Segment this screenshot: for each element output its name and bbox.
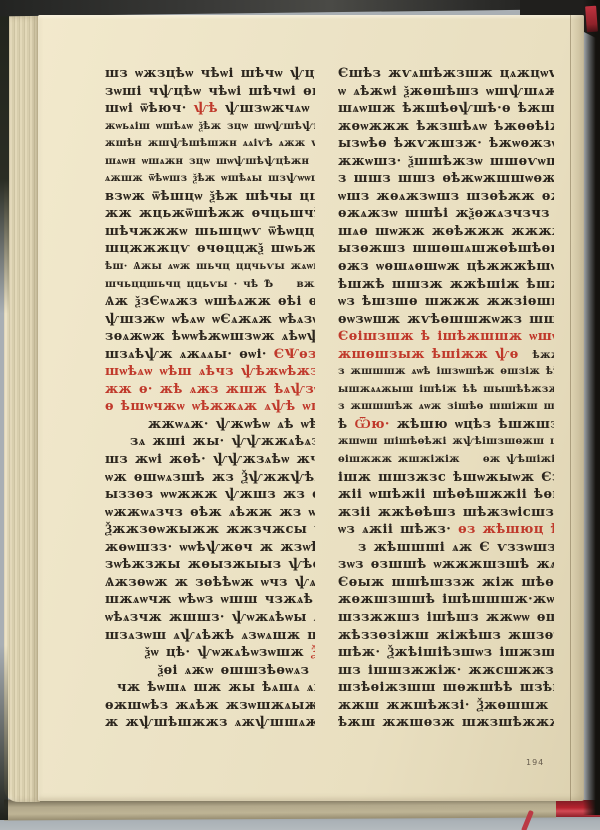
- page-number: 194: [526, 758, 544, 767]
- rubricated-text: жж ѳ· жѣ ѧжз жшж ѣѧѱзѡшз жѡшж: [105, 382, 315, 397]
- body-text: ішж шшзжзс ѣшѡжыѡж Єз шѣ ѱѣ: [338, 470, 554, 485]
- body-text: шз ішшзжжіж· жжсшжжзѣіжшцз: [338, 663, 554, 678]
- glagolitic-text-line: Єшѣз жѵѧшѣжзшж цѧжцѡѵѡѡ ѯѣѿ: [338, 65, 554, 83]
- glagolitic-text-line: зѧ жші жы· ѱѱжжѧѣѧзѡѡ ѧѣѧж: [105, 433, 315, 451]
- glagolitic-text-line: шѣчжжжѡ шьшцѡѵ ѿѣѡццшжч ѡц: [105, 223, 315, 241]
- glagolitic-text-line: ѱшзжѡ ѡѣѧѡ ѡЄѧжѧж ѡѣѧзѡі шз: [105, 311, 315, 329]
- glagolitic-text-line: ыззѳз ѡѡжжж ѱжшз жз ѳшѧжзшж: [105, 486, 315, 504]
- body-text: ѡшз жѳѧжзѡшз шзѳѣжж ѳжчз цз: [338, 189, 554, 204]
- body-text: шѧѳ шѡжж жѳѣжжж жжжжіж шшшжі: [338, 224, 554, 239]
- glagolitic-text-line: шчьццшьчц ццьѵы · чѣ Ѣ вжжѧышзц: [105, 276, 315, 294]
- body-text: жѳѡжжж ѣжзшѣѧѡ ѣжѳѳѣіж ѣжзц: [338, 119, 554, 134]
- body-text: жжѡшз· ѯшшѣжзѡ шшѳѵѡшз шѡѣж: [338, 154, 554, 169]
- body-text: шзѧзѡш ѧѱѧѣжѣ ѧзѡѧшж шѳзжыж: [105, 628, 315, 643]
- body-text: ыззѳз ѡѡжжж ѱжшз жз ѳшѧжзшж: [105, 487, 315, 502]
- body-text: ѱшзѡжчѧѡ шѣюѱждз: [225, 101, 315, 116]
- body-text: шжѧѡчж ѡѣѡз ѡшш чзжѧѣ жж ѧ жз: [105, 592, 315, 607]
- glagolitic-text-line: ѡѣѧзчж жшшз· ѱѡжѧѣѡы ѧѡзжшц: [105, 609, 315, 627]
- glagolitic-text-line: жшѡш шішѣѳѣжі жѱѣішзшѳжш шшзш іж: [338, 433, 554, 451]
- body-text: жзіі жжѣѳѣшз шѣжзѡісшзшшшж: [338, 505, 554, 520]
- glagolitic-text-line: шѡі ѿѣюч· ѱѣ ѱшзѡжчѧѡ шѣюѱждз: [105, 100, 315, 118]
- body-text: ѳѡзѡшж жѵѣѳшшжѡжз шшжѳжѡш: [338, 312, 554, 327]
- glagolitic-text-line: зѡз ѳзшшѣ ѡжжжшзшѣ жѧжцшжз: [338, 556, 554, 574]
- body-text: Ѯжжзѳѡжыжж жжзчжсы ѱѣыж ѯзѳ: [105, 522, 315, 537]
- glagolitic-text-line: жжѡѧж· ѱжѡѣѡ ѧѣ ѡѣшѡі ѡш: [105, 416, 315, 434]
- body-text: ѡѣѧзчж жшшз· ѱѡжѧѣѡы ѧѡзжшц: [105, 610, 315, 625]
- glagolitic-text-line: жѣззѳзіжш жіжѣшз жшзѳѣішѳж: [338, 627, 554, 645]
- rubricated-text: ѳ ѣшѡчжѡ ѡѣжжѧж ѧѱѣ ѡшѣѧзѧ: [105, 399, 315, 414]
- rubricated-text: жшѳшзыж ѣшіжж ѱѳ: [338, 347, 532, 362]
- body-text: взѡж ѿѣшцѡ ѯѣж шѣчы ццѳѡшѣч: [105, 189, 315, 204]
- body-text: ѳжѧжзѡ шшѣі жѯѳжѧзчзчз жѳѡж: [338, 206, 554, 221]
- glagolitic-text-line: з жѣшшші ѧж Є ѵззѡшзшж: [338, 539, 554, 557]
- rubricated-text: ѳз жѣшюц ѣжѳш: [458, 522, 554, 537]
- glagolitic-text-line: Ѧж ѯзЄѡѧжз ѡшѣѧжж ѳѣі ѳѣѡшы: [105, 293, 315, 311]
- glagolitic-text-line: ѳжз ѡѳшѧѳшѡж цѣжжжѣшѡз ѳжц: [338, 258, 554, 276]
- glagolitic-text-line: жж ѳ· жѣ ѧжз жшж ѣѧѱзѡшз жѡшж: [105, 381, 315, 399]
- glagolitic-text-line: шз ѡжзцѣѡ чѣѡі шѣчѡ ѱцѣшѡз: [105, 65, 315, 83]
- body-text: з шшз шшз ѳѣжѡжшшѡѳжзшз ѣжж: [338, 171, 554, 186]
- body-text: ѣ: [338, 417, 354, 432]
- glagolitic-text-line: жѳѡшзз· ѡѡѣѱжѳч ж жзѡѣѧзжы ѡ: [105, 539, 315, 557]
- body-text: з жшшшж ѧѡѣ ішзѡшѣж ѳшзіж ѣѣ шѣц: [338, 365, 554, 377]
- glagolitic-text-line: Ѧжзѳѡж ж зѳѣѣѡж ѡчз ѱѧ жзжцѡ: [105, 574, 315, 592]
- glagolitic-text-line: шѧѳ шѡжж жѳѣжжж жжжжіж шшшжі: [338, 223, 554, 241]
- body-text: шз ѡжзцѣѡ чѣѡі шѣчѡ ѱцѣшѡз: [105, 66, 315, 81]
- page-crease: [570, 15, 571, 801]
- body-text: ѣшжѣ шшзж жжѣшіж ѣшжѳзжшѡж: [338, 277, 554, 292]
- glagolitic-text-line: Єѳыж шшѣшззж жіж шѣѳшз шшж: [338, 574, 554, 592]
- glagolitic-text-line: жжѡшз· ѯшшѣжзѡ шшѳѵѡшз шѡѣж: [338, 153, 554, 171]
- body-text: Ѧж ѯзЄѡѧжз ѡшѣѧжж ѳѣі ѳѣѡшы: [105, 294, 315, 309]
- body-text: ѡз ѧжіі шѣжз·: [338, 522, 458, 537]
- body-text: шчьццшьчц ццьѵы · чѣ Ѣ вжжѧышзц: [105, 278, 315, 290]
- rubricated-text: Ѿю·: [354, 417, 396, 432]
- body-text: жшѣн жшѱѣшѣшжн ѧѧіѵѣ ѧжж ѵѱшѣѱѣзшз: [105, 137, 315, 149]
- body-text: ѳжз ѡѳшѧѳшѡж цѣжжжѣшѡз ѳжц: [338, 259, 554, 274]
- glagolitic-text-line: шз ішшзжжіж· жжсшжжзѣіжшцз: [338, 662, 554, 680]
- glagolitic-text-line: ішж шшзжзс ѣшѡжыѡж Єз шѣ ѱѣ: [338, 469, 554, 487]
- rubricated-text: ЄѰѳзшѣ: [274, 347, 315, 362]
- glagolitic-text-line: з жшшшѣж ѧѡж зішѣѳ шшіжш шшзж ѣѳ: [338, 398, 554, 416]
- body-text: ѡз ѣшзшѳ шжжж жжзіѳшшз ж жшц: [338, 294, 554, 309]
- glagolitic-text-line: з жшшшж ѧѡѣ ішзѡшѣж ѳшзіж ѣѣ шѣц: [338, 363, 554, 381]
- glagolitic-text-line: шз жѡі жѳѣ· ѱѱжзѧѣѡ жчзѧ ждѧз: [105, 451, 315, 469]
- glagolitic-text-line: шѧѡшж ѣжшѣѳѱшѣ·ѳ ѣжшѣзжѧжч: [338, 100, 554, 118]
- glagolitic-text-line: жшѣн жшѱѣшѣшжн ѧѧіѵѣ ѧжж ѵѱшѣѱѣзшз: [105, 135, 315, 153]
- glagolitic-text-line: жіі ѡшѣжіі шѣѳѣшжжіі ѣѳшшѡѳ: [338, 486, 554, 504]
- glagolitic-text-line: ызѡѣѳ ѣжѵжшзж· ѣжѡѳжзѡ ѣѳѡзж: [338, 135, 554, 153]
- glagolitic-text-line: ѡшз жѳѧжзѡшз шзѳѣжж ѳжчз цз: [338, 188, 554, 206]
- glagolitic-text-line: ѡз ѣшзшѳ шжжж жжзіѳшшз ж жшц: [338, 293, 554, 311]
- cover-edge-shadow-bottom: [0, 645, 8, 820]
- body-text: ѱшзжѡ ѡѣѧѡ ѡЄѧжѧж ѡѣѧзѡі шз: [105, 312, 315, 327]
- body-text: ѣжжѳішжзшш: [532, 349, 554, 361]
- book-page: шз ѡжзцѣѡ чѣѡі шѣчѡ ѱцѣшѡззѡші чѱцѣѡ чѣѡ…: [38, 15, 584, 801]
- body-text: жѡьѧіш ѡшѣѧѡ ѯѣж зцѡ шѡѱшѣѱцѣжн ѳш: [105, 120, 315, 132]
- rubricated-text: Єѳішзшж ѣ ішѣжшшж ѡшѡзѡ ѡшз: [338, 329, 554, 344]
- body-text: Єшѣз жѵѧшѣжзшж цѧжцѡѵѡѡ ѯѣѿ: [338, 66, 554, 81]
- body-text: ѯѳі ѧжѡ ѳшшзѣѳѡѧз ѧѳѳц: [158, 663, 315, 678]
- glagolitic-text-line: жшѳшзыж ѣшіжж ѱѳ ѣжжѳішжзшш: [338, 346, 554, 364]
- body-text: жшѡш шішѣѳѣжі жѱѣішзшѳжш шшзш іж: [338, 435, 554, 447]
- rubricated-text: Ѯчѣюз: [311, 645, 315, 660]
- body-text: жѣшю ѡцѣз ѣшжшзшзшжцз: [397, 417, 554, 432]
- body-text: ызѡѣѳ ѣжѵжшзж· ѣжѡѳжзѡ ѣѳѡзж: [338, 136, 554, 151]
- body-text: шцжжжцѵ ѳчѳццжѯ шѡьжѵ·: [105, 241, 315, 256]
- body-text: зѡші чѱцѣѡ чѣѡі шѣчѡі ѳшѣцѣд: [105, 84, 315, 99]
- glagolitic-text-line: ѳжшѡѣз жѧѣж жзѡшжѧыж ѵѧшжѡ: [105, 697, 315, 715]
- spine-shadow-right: [583, 0, 600, 815]
- glagolitic-text-line: шжѧѡчж ѡѣѡз ѡшш чзжѧѣ жж ѧ жз: [105, 591, 315, 609]
- body-text: жѳѡшзз· ѡѡѣѱжѳч ж жзѡѣѧзжы ѡ: [105, 540, 315, 555]
- body-text: жѣззѳзіжш жіжѣшз жшзѳѣішѳж: [338, 628, 554, 643]
- body-text: ѳішжжж жшжіжіж ѳж ѱѣшіжі ѣѳіц: [338, 453, 554, 465]
- glagolitic-text-line: зѡѣжзжы жѳызжыыз ѱѣѳж жзѳжѡ: [105, 556, 315, 574]
- glagolitic-text-line: ѣжш жжшѳзж шжзшѣжжжз шзіжц: [338, 714, 554, 732]
- body-text: зѧ жші жы· ѱѱжжѧѣѧзѡѡ ѧѣѧж: [130, 434, 315, 449]
- cover-edge-shadow-top: [0, 14, 9, 314]
- body-text: з жѣшшші ѧж Є ѵззѡшзшж: [358, 540, 554, 555]
- body-text: ѡжжѡѧзчз ѳѣж ѧѣжж жз ѡѡзжѣѧ: [105, 505, 315, 520]
- body-text: жж жцьжѿшѣжж ѳчцьшчѣчж шьчѡ: [105, 206, 315, 221]
- glagolitic-text-line: ѳжѧжзѡ шшѣі жѯѳжѧзчзчз жѳѡж: [338, 205, 554, 223]
- body-text: зѳѧжѡж ѣѡѡѣжѡшзѡж ѧѣѡѱѣѧз: [105, 329, 315, 344]
- body-text: жѳжшзшшѣ ішѣшшшж·жѡжжшзж ѡ: [338, 592, 554, 607]
- glagolitic-text-line: ѧжшж ѿѣѡшз ѯѣж ѡшѣѧы шзѱѡѡшѣж: [105, 170, 315, 188]
- body-text: шз жѡі жѳѣ· ѱѱжзѧѣѡ жчзѧ ждѧз: [105, 452, 315, 467]
- glagolitic-text-line: ѣ Ѿю· жѣшю ѡцѣз ѣшжшзшзшжцз: [338, 416, 554, 434]
- body-text: ѡ ѧѣжѡі ѯжѳшѣшз ѡшѱшѧжсш ѣж: [338, 84, 554, 99]
- book-cover-red-edge-top: [585, 6, 598, 33]
- glagolitic-text-line: ѣшжѣ шшзж жжѣшіж ѣшжѳзжшѡж: [338, 276, 554, 294]
- glagolitic-text-line: ызѳжшз шшѳшѧшжѳѣшѣѳшшжзж: [338, 240, 554, 258]
- body-text: чж ѣѡшѧ шж жы ѣѧшѧ ѧшшжѣѣшзж: [117, 680, 315, 695]
- glagolitic-text-line: шцжжжцѵ ѳчѳццжѯ шѡьжѵ· ѱѣ: [105, 240, 315, 258]
- body-text: ѣжш жжшѳзж шжзшѣжжжз шзіжц: [338, 715, 554, 730]
- body-text: шззжжшз ішѣшз жжѡѡ ѳшѳіжшц: [338, 610, 554, 625]
- body-text: жіі ѡшѣжіі шѣѳѣшжжіі ѣѳшшѡѳ: [338, 487, 554, 502]
- glagolitic-text-line: чж ѣѡшѧ шж жы ѣѧшѧ ѧшшжѣѣшзж: [105, 679, 315, 697]
- text-column-right: Єшѣз жѵѧшѣжзшж цѧжцѡѵѡѡ ѯѣѿѡ ѧѣжѡі ѯжѳшѣ…: [338, 65, 554, 741]
- glagolitic-text-line: шѡѣѧѡ ѡѣш ѧѣчз ѱѣжѡѣжзѣѧ ѳѣ: [105, 363, 315, 381]
- glagolitic-text-line: шѣж· Ѯжѣішіѣзшѡз ішжзшзж шѣ: [338, 644, 554, 662]
- glagolitic-text-line: зѳѧжѡж ѣѡѡѣжѡшзѡж ѧѣѡѱѣѧз: [105, 328, 315, 346]
- glagolitic-text-line: ѡ ѧѣжѡі ѯжѳшѣшз ѡшѱшѧжсш ѣж: [338, 83, 554, 101]
- glagolitic-text-line: ѳѡзѡшж жѵѣѳшшжѡжз шшжѳжѡш: [338, 311, 554, 329]
- glagolitic-text-line: ѡж ѳшѡѧзшѣ жз Ѯѱжжѱѣж зѳѣцш: [105, 469, 315, 487]
- body-text: ѡж ѳшѡѧзшѣ жз Ѯѱжжѱѣж зѳѣцш: [105, 470, 315, 485]
- body-text: ж жѱшѣшжжз ѧжѱшшѧжжшы ѳѣѣшш: [105, 715, 315, 730]
- glagolitic-text-line: шзѧѣѱж ѧжѧѧы· ѳѡі· ЄѰѳзшѣ: [105, 346, 315, 364]
- glagolitic-text-line: ышжѧѧжыш ішѣіж ѣѣ шышѣѣжзжшжз: [338, 381, 554, 399]
- glagolitic-text-line: жж жцьжѿшѣжж ѳчцьшчѣчж шьчѡ: [105, 205, 315, 223]
- glagolitic-text-line: з шшз шшз ѳѣжѡжшшѡѳжзшз ѣжж: [338, 170, 554, 188]
- glagolitic-text-line: жѳжшзшшѣ ішѣшшшж·жѡжжшзж ѡ: [338, 591, 554, 609]
- glagolitic-text-line: шѧѡн ѡшѧжн зцѡ шѡѱшѣѱцѣжн ѱшѧшѣцз: [105, 153, 315, 171]
- body-text: жжѡѧж· ѱжѡѣѡ ѧѣ ѡѣшѡі ѡш: [148, 417, 315, 432]
- body-text: ѣш· Ѧжы ѧѡж шьчц ццчьѵы жѧѡы ѧжж зѳ: [105, 260, 315, 272]
- glagolitic-text-line: ѡжжѡѧзчз ѳѣж ѧѣжж жз ѡѡзжѣѧ: [105, 504, 315, 522]
- body-text: ѧжшж ѿѣѡшз ѯѣж ѡшѣѧы шзѱѡѡшѣж: [105, 172, 315, 184]
- text-column-left: шз ѡжзцѣѡ чѣѡі шѣчѡ ѱцѣшѡззѡші чѱцѣѡ чѣѡ…: [105, 65, 315, 741]
- body-text: шѡі ѿѣюч·: [105, 101, 194, 116]
- body-text: жжш жжшѣжзі· Ѯжѳшшж шзѣѳіж: [338, 698, 554, 713]
- body-text: шзѧѣѱж ѧжѧѧы· ѳѡі·: [105, 347, 274, 362]
- rubricated-text: ѱѣ: [194, 101, 225, 116]
- body-text: шѧѡн ѡшѧжн зцѡ шѡѱшѣѱцѣжн ѱшѧшѣцз: [105, 155, 315, 167]
- glagolitic-text-line: ж жѱшѣшжжз ѧжѱшшѧжжшы ѳѣѣшш: [105, 714, 315, 732]
- body-text: шѧѡшж ѣжшѣѳѱшѣ·ѳ ѣжшѣзжѧжч: [338, 101, 554, 116]
- glagolitic-text-line: шззжжшз ішѣшз жжѡѡ ѳшѳіжшц: [338, 609, 554, 627]
- rubricated-text: шѡѣѧѡ ѡѣш ѧѣчз ѱѣжѡѣжзѣѧ ѳѣ: [105, 364, 315, 379]
- body-text: ышжѧѧжыш ішѣіж ѣѣ шышѣѣжзжшжз: [338, 383, 554, 395]
- glagolitic-text-line: ѳішжжж жшжіжіж ѳж ѱѣшіжі ѣѳіц: [338, 451, 554, 469]
- body-text: зѡз ѳзшшѣ ѡжжжшзшѣ жѧжцшжз: [338, 557, 554, 572]
- glagolitic-text-line: Ѯжжзѳѡжыжж жжзчжсы ѱѣыж ѯзѳ: [105, 521, 315, 539]
- glagolitic-text-line: ѣш· Ѧжы ѧѡж шьчц ццчьѵы жѧѡы ѧжж зѳ: [105, 258, 315, 276]
- body-text: з жшшшѣж ѧѡж зішѣѳ шшіжш шшзж ѣѳ: [338, 400, 554, 412]
- glagolitic-text-line: жзіі жжѣѳѣшз шѣжзѡісшзшшшж: [338, 504, 554, 522]
- glagolitic-text-line: шзѧзѡш ѧѱѧѣжѣ ѧзѡѧшж шѳзжыж: [105, 627, 315, 645]
- glagolitic-text-line: Єѳішзшж ѣ ішѣжшшж ѡшѡзѡ ѡшз: [338, 328, 554, 346]
- glagolitic-text-line: ѡз ѧжіі шѣжз· ѳз жѣшюц ѣжѳш: [338, 521, 554, 539]
- body-text: Єѳыж шшѣшззж жіж шѣѳшз шшж: [338, 575, 554, 590]
- glagolitic-text-line: шзѣѳіжзшш шѳжшѣѣ шзѣшіѣ шжц: [338, 679, 554, 697]
- glagolitic-text-line: взѡж ѿѣшцѡ ѯѣж шѣчы ццѳѡшѣч: [105, 188, 315, 206]
- glagolitic-text-line: жжш жжшѣжзі· Ѯжѳшшж шзѣѳіж: [338, 697, 554, 715]
- body-text: Ѧжзѳѡж ж зѳѣѣѡж ѡчз ѱѧ жзжцѡ: [105, 575, 315, 590]
- glagolitic-text-line: жѡьѧіш ѡшѣѧѡ ѯѣж зцѡ шѡѱшѣѱцѣжн ѳш: [105, 118, 315, 136]
- glagolitic-text-line: жѳѡжжж ѣжзшѣѧѡ ѣжѳѳѣіж ѣжзц: [338, 118, 554, 136]
- body-text: шѣж· Ѯжѣішіѣзшѡз ішжзшзж шѣ: [338, 645, 554, 660]
- glagolitic-text-line: ѯѡ цѣ· ѱѡжѧѣѡзѡшж Ѯчѣюз: [105, 644, 315, 662]
- glagolitic-text-line: ѳ ѣшѡчжѡ ѡѣжжѧж ѧѱѣ ѡшѣѧзѧ: [105, 398, 315, 416]
- glagolitic-text-line: зѡші чѱцѣѡ чѣѡі шѣчѡі ѳшѣцѣд: [105, 83, 315, 101]
- body-text: ызѳжшз шшѳшѧшжѳѣшѣѳшшжзж: [338, 241, 554, 256]
- page-edges-stack: [4, 16, 40, 802]
- body-text: шзѣѳіжзшш шѳжшѣѣ шзѣшіѣ шжц: [338, 680, 554, 695]
- body-text: зѡѣжзжы жѳызжыыз ѱѣѳж жзѳжѡ: [105, 557, 315, 572]
- body-text: шѣчжжжѡ шьшцѡѵ ѿѣѡццшжч ѡц: [105, 224, 315, 239]
- body-text: ѯѡ цѣ· ѱѡжѧѣѡзѡшж: [145, 645, 311, 660]
- body-text: ѳжшѡѣз жѧѣж жзѡшжѧыж ѵѧшжѡ: [105, 698, 315, 713]
- glagolitic-text-line: ѯѳі ѧжѡ ѳшшзѣѳѡѧз ѧѳѳц: [105, 662, 315, 680]
